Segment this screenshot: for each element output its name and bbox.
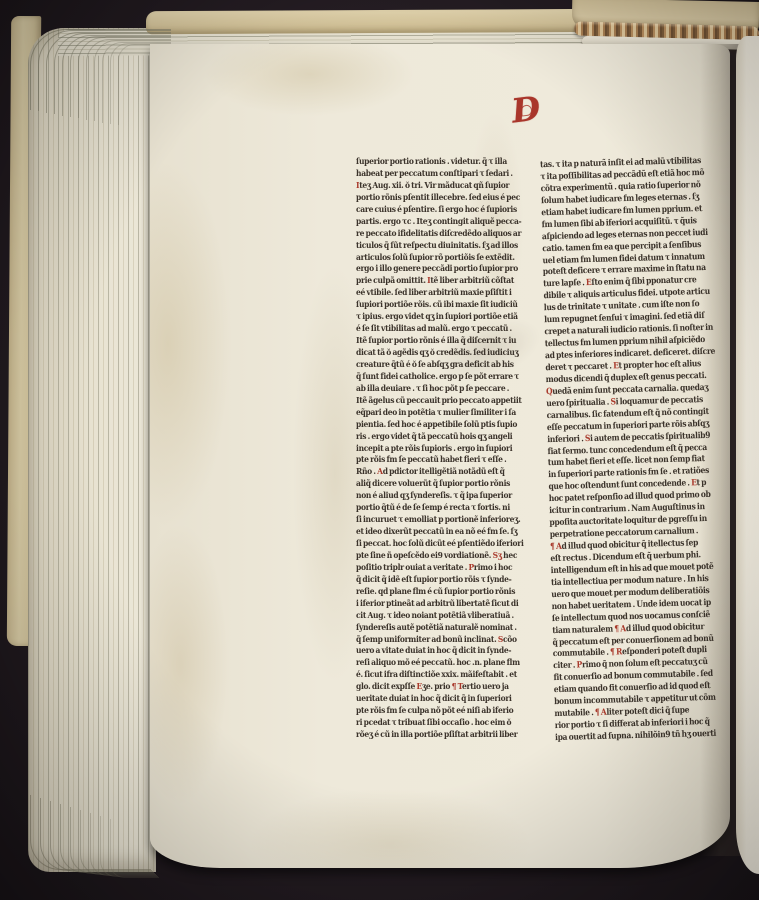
quire-mark-ornament: D <box>501 85 550 134</box>
page-stack-fore-edge <box>28 28 156 872</box>
rubric-mark: ¶ A <box>614 624 626 634</box>
photo-stage: D ſuperior portio rationis . videtur. q̃… <box>0 0 759 900</box>
rubric-mark: ¶ R <box>610 648 622 658</box>
rubric-mark: E <box>613 361 619 371</box>
rubric-mark: S <box>585 434 590 444</box>
vellum-cover-edge-top <box>146 9 616 34</box>
rubric-mark: E <box>586 278 592 288</box>
rubric-mark: A <box>377 467 383 477</box>
text-line: ſuperior portio rationis . videtur. q̃ τ… <box>356 149 548 161</box>
text-column-right: tas. τ ita p naturã inſit ei ad malũ vti… <box>540 147 747 737</box>
rubric-mark: S <box>610 397 615 407</box>
rubric-mark: P <box>577 661 583 671</box>
rubric-mark: Q <box>546 387 553 397</box>
text-column-left: ſuperior portio rationis . videtur. q̃ τ… <box>356 149 548 734</box>
rubric-mark: E <box>416 682 421 692</box>
rubric-mark: I <box>427 276 430 286</box>
rubric-mark: ¶ A <box>595 708 607 718</box>
rubric-mark: I <box>356 181 359 191</box>
rubric-mark: ¶ A <box>550 542 562 552</box>
rubric-mark: ¶ T <box>452 682 462 692</box>
rubric-mark: E <box>691 479 697 489</box>
rubric-mark: Sʒ <box>493 551 502 561</box>
rubric-mark: P <box>469 563 474 573</box>
rubric-mark: S <box>498 635 503 645</box>
